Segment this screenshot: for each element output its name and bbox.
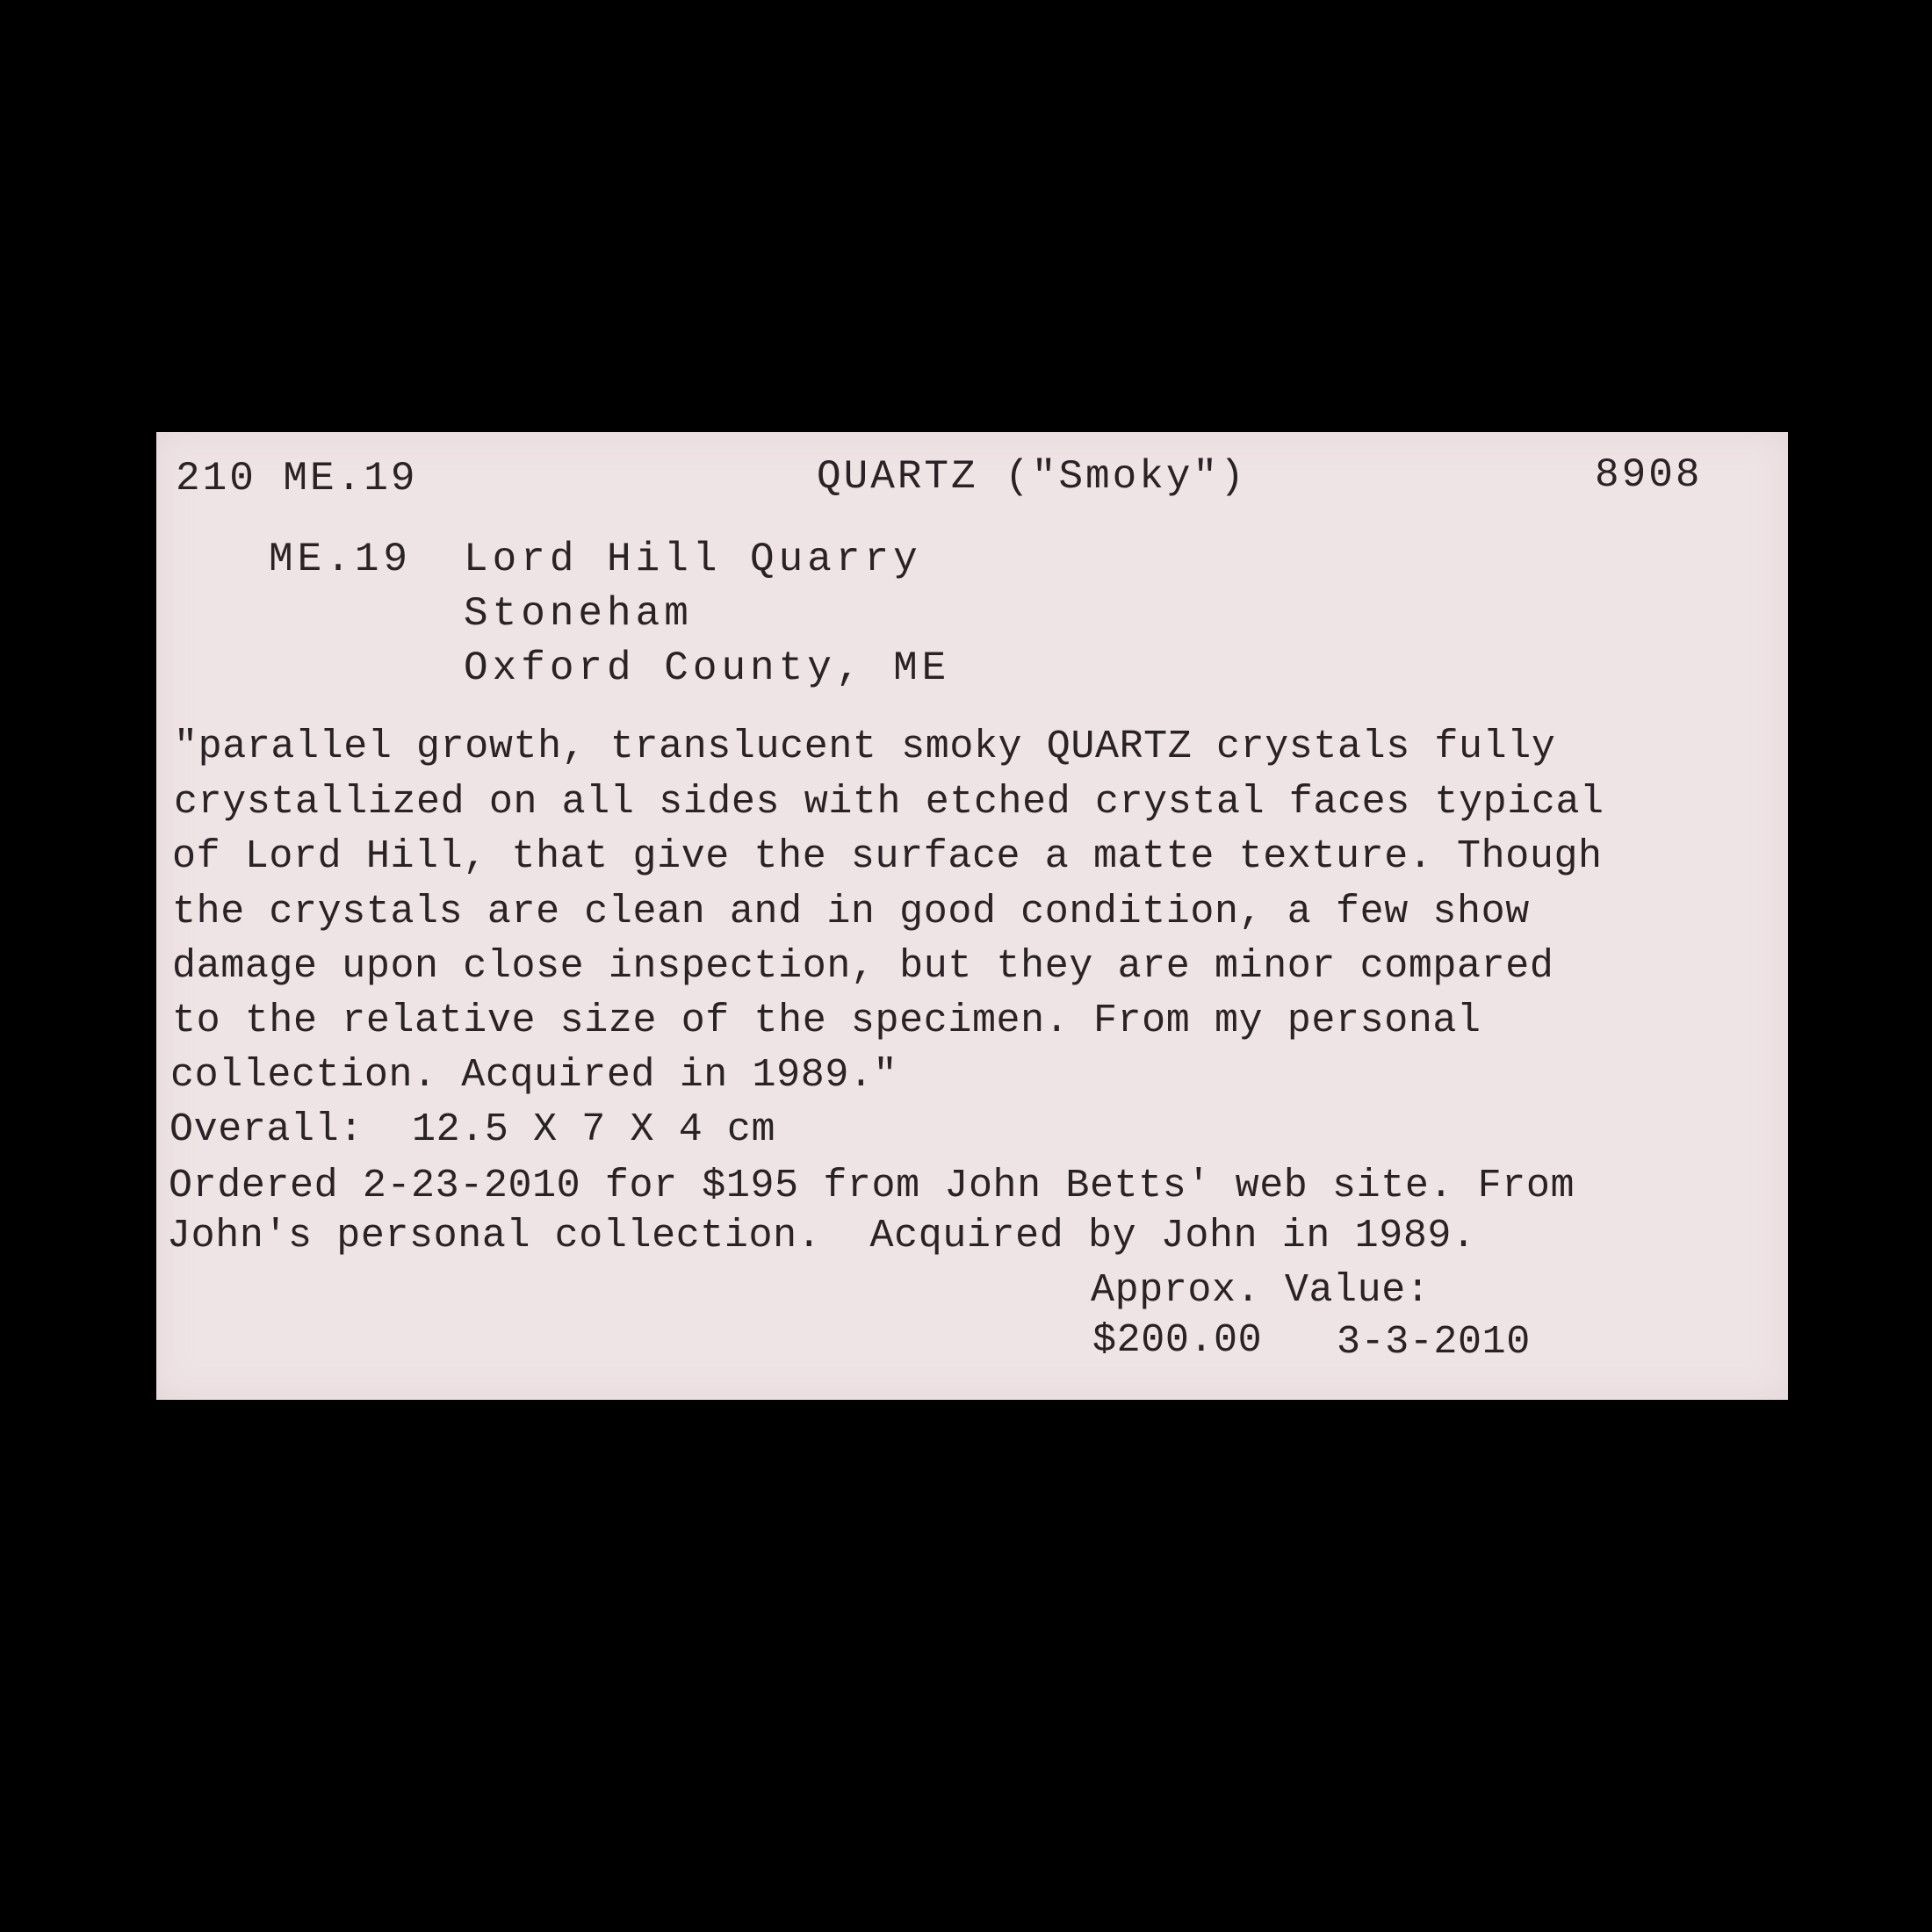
description-line: to the relative size of the specimen. Fr… bbox=[172, 1001, 1481, 1041]
locality-code: ME.19 bbox=[269, 539, 412, 580]
catalog-number: 210 ME.19 bbox=[176, 458, 417, 499]
provenance-line: Ordered 2-23-2010 for $195 from John Bet… bbox=[169, 1166, 1575, 1206]
value-date: 3-3-2010 bbox=[1337, 1323, 1531, 1362]
locality-line: Stoneham bbox=[464, 594, 693, 634]
locality-line: Oxford County, ME bbox=[464, 648, 950, 688]
locality-line: Lord Hill Quarry bbox=[464, 539, 922, 580]
description-line: the crystals are clean and in good condi… bbox=[172, 892, 1530, 932]
description-line: "parallel growth, translucent smoky QUAR… bbox=[174, 727, 1555, 767]
provenance-line: John's personal collection. Acquired by … bbox=[167, 1216, 1476, 1256]
description-line: crystallized on all sides with etched cr… bbox=[174, 782, 1604, 822]
specimen-label-card: 210 ME.19 QUARTZ ("Smoky") 8908 ME.19 Lo… bbox=[156, 432, 1788, 1400]
value-label: Approx. Value: bbox=[1091, 1271, 1430, 1310]
description-line: collection. Acquired in 1989." bbox=[170, 1056, 898, 1095]
dimensions: Overall: 12.5 X 7 X 4 cm bbox=[169, 1110, 775, 1150]
description-line: damage upon close inspection, but they a… bbox=[172, 947, 1554, 986]
mineral-name: QUARTZ ("Smoky") bbox=[817, 457, 1247, 497]
value-amount: $200.00 bbox=[1092, 1321, 1262, 1360]
specimen-number: 8908 bbox=[1595, 455, 1702, 495]
description-line: of Lord Hill, that give the surface a ma… bbox=[172, 837, 1603, 876]
